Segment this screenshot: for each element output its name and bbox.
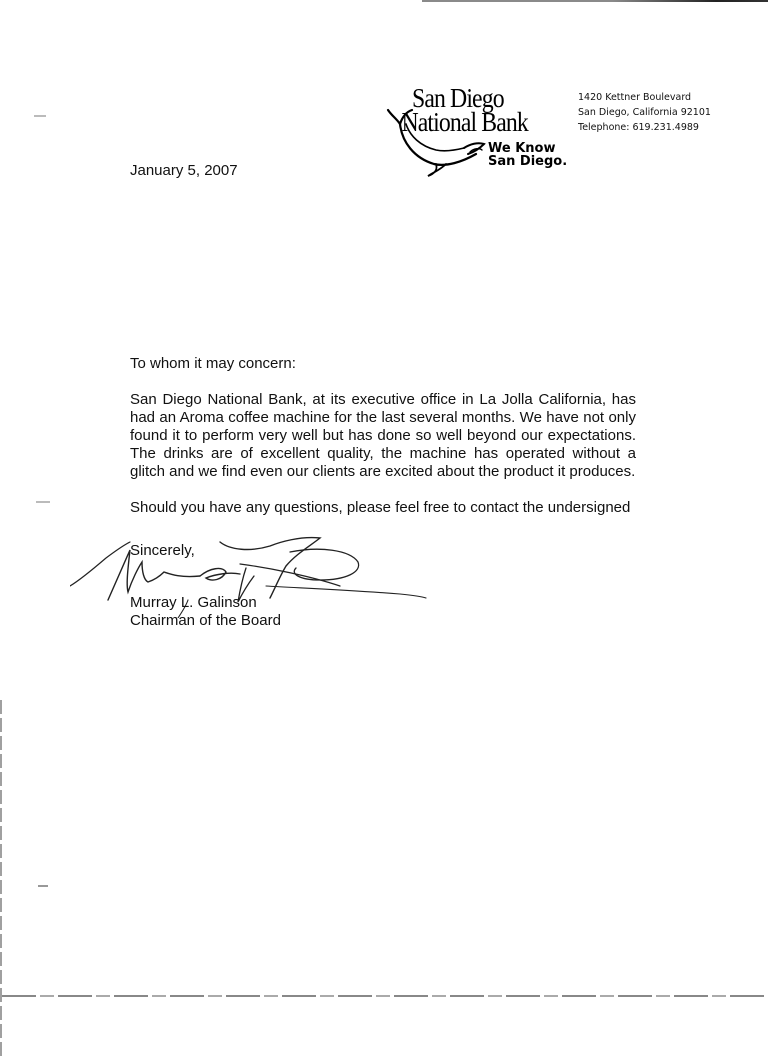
bank-name: San Diego National Bank [412, 86, 528, 134]
letter-body: To whom it may concern: San Diego Nation… [130, 355, 636, 535]
scan-speck [38, 885, 48, 887]
address-street: 1420 Kettner Boulevard [578, 90, 711, 105]
letter-page: San Diego National Bank We Know San Dieg… [0, 0, 768, 1056]
scan-speck [34, 115, 46, 117]
bank-address: 1420 Kettner Boulevard San Diego, Califo… [578, 90, 711, 135]
signer-name: Murray L. Galinson [130, 594, 281, 612]
scan-artifact-top-bar [422, 0, 768, 2]
body-paragraph: San Diego National Bank, at its executiv… [130, 391, 636, 481]
address-city: San Diego, California 92101 [578, 105, 711, 120]
bank-tagline: We Know San Diego. [488, 142, 567, 168]
letter-date: January 5, 2007 [130, 162, 238, 179]
address-telephone: Telephone: 619.231.4989 [578, 120, 711, 135]
scan-artifact-left-edge [0, 700, 2, 1056]
closing: Sincerely, [130, 542, 195, 560]
signer-title: Chairman of the Board [130, 612, 281, 630]
scan-artifact-bottom-line [2, 995, 766, 997]
signer-block: Murray L. Galinson Chairman of the Board [130, 594, 281, 630]
body-paragraph: Should you have any questions, please fe… [130, 499, 636, 517]
salutation: To whom it may concern: [130, 355, 636, 373]
scan-speck [36, 501, 50, 503]
bank-name-line2: National Bank [401, 110, 527, 134]
bank-logo: San Diego National Bank We Know San Dieg… [384, 86, 580, 186]
tagline-line2: San Diego. [488, 155, 567, 168]
